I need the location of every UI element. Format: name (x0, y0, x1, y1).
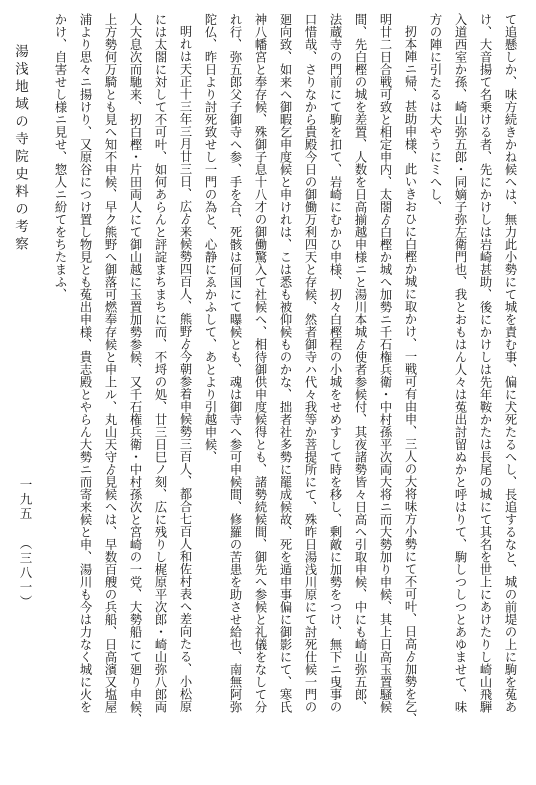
page-number-paren: （三八一） (18, 537, 32, 610)
page-number: 一九五 （三八一） (16, 478, 34, 609)
text-column: には太閤に対して不可叶、如何あらんと評諚まちまちに而、不埒の処、廿三日巳ノ刻、広… (147, 13, 172, 727)
text-column: て追懸しか、味方続きかね候へは、無力此小勢にて城を責む事、偏に犬死たるへし、長追… (497, 13, 522, 727)
text-column: 陀仏、昨日より討死致せし一門の為と、心静にゑかふして、あとより引越申候、 (197, 13, 222, 727)
text-column: 人大息次而馳来、扨白樫・片田両人にて御山越に玉置加勢参候、又千石権兵衛・中村孫次… (122, 13, 147, 727)
book-page: て追懸しか、味方続きかね候へは、無力此小勢にて城を責む事、偏に犬死たるへし、長追… (0, 0, 536, 785)
text-column: 明れは天正十三年三月廿三日、広ゟ来候勢四百人、熊野ゟ今朝参着申候勢三百人、都合七… (172, 13, 197, 727)
text-column: 間、先白樫の城を差置、人数を日高揃越申様ニと湯川本城ゟ使者参候付、其夜諸勢皆々日… (347, 13, 372, 727)
running-title: 湯浅地域の寺院史料の考察 (10, 44, 30, 254)
text-column: 方の陣に引たるは大やうにミへし、 (422, 13, 447, 727)
text-block: て追懸しか、味方続きかね候へは、無力此小勢にて城を責む事、偏に犬死たるへし、長追… (47, 13, 522, 727)
text-column: れ行、弥五郎父子御寺へ参、手を合、死骸は何国にて曝候とも、魂は御寺へ参可申候間、… (222, 13, 247, 727)
text-column: 口惜哉、さりなから貴殿今日の御働万利四天と存候、然者御寺ハ代々我等か菩提所にて、… (297, 13, 322, 727)
text-column: かけ、自害せし様ニ見せ、惣人ニ紛てをちたまふ、 (47, 13, 72, 727)
text-column: 上方勢何万騎とも見へ知不申候、早ク熊野へ御落可燃奉存候と申上ル、丸山天守ゟ見候へ… (97, 13, 122, 727)
text-column: 浦より思々ニ揚けり、又原谷につけ置し物見とも菟出申様、貴志殿とやらん大勢ニ而寄来… (72, 13, 97, 727)
text-column: 神八幡宮と奉存候、殊御子息十八才の御働驚入て社候へ、相待御供申度候得とも、諸勢続… (247, 13, 272, 727)
text-column: 法蔵寺の門前にて駒を扣て、岩崎にむかひ申様、扨々白樫程の小城をせめすして時を移し… (322, 13, 347, 727)
page-number-main: 一九五 (18, 478, 32, 522)
text-column: 入道西室か孫、崎山弥五郎・同嫡子弥左衛門也、我とおもはん人々は菟出討留ぬかと呼は… (447, 13, 472, 727)
text-column: け、大音揚て名乗ける者、先にかけしは岩崎甚助、後にかけしは先年鞍かたは長尾の城に… (472, 13, 497, 727)
text-column: 廻向致、如来へ御暇乞申度候と申けれは、こは悉も被仰候ものかな、拙者社多勢に罷成候… (272, 13, 297, 727)
text-column: 明廿二日合戦可致と相定申内、太閤ゟ白樫か城へ加勢ニ千石権兵衛・中村孫平次両大将ニ… (372, 13, 397, 727)
text-column: 扨本陣ニ帰、甚助申様、此いきおひに白樫か城に取かけ、一戦可有由申、三人の大将味方… (397, 13, 422, 727)
